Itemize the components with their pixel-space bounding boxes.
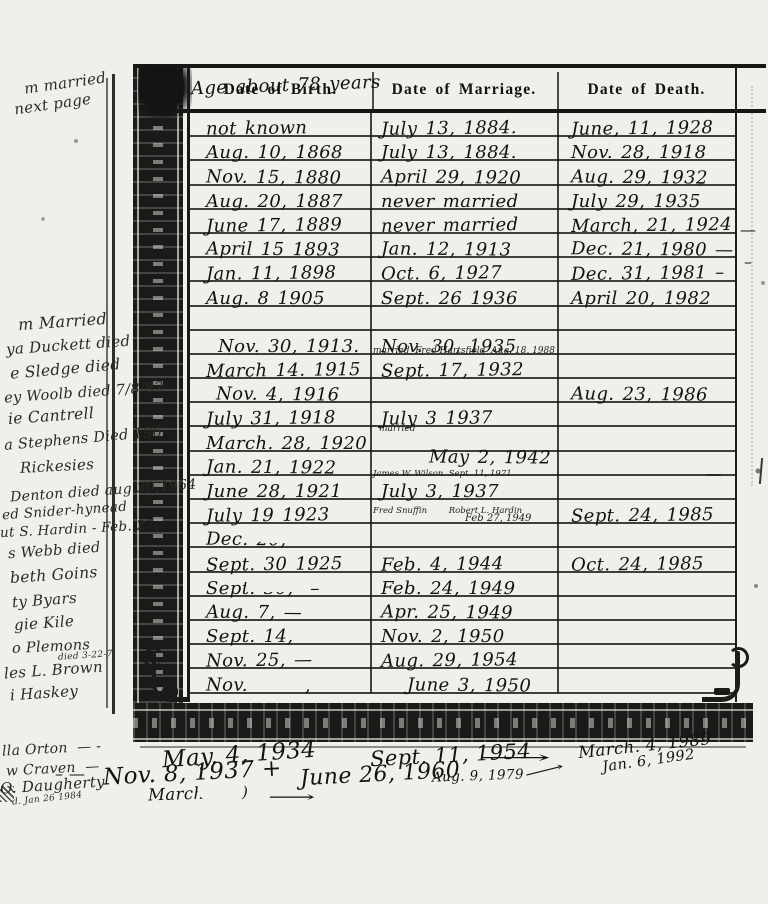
table-row: Nov. 25, — Aug. 29, 1954: [190, 645, 736, 669]
table-row: Aug. 8 1905 Sept. 26 1936 April 20, 1982: [190, 282, 736, 306]
marriage-date: July 13, 1884.: [381, 144, 517, 162]
birth-date: June 28, 1921: [206, 483, 342, 501]
margin-note: ty Byars: [12, 591, 78, 610]
margin-note: gie Kile: [14, 614, 75, 633]
birth-date: Jan. 21, 1922: [206, 458, 336, 477]
birth-date: July 31, 1918: [206, 410, 336, 430]
birth-date: Nov. ,: [206, 676, 311, 695]
marriage-date: Sept. 17, 1932: [381, 361, 524, 381]
table-row: Nov. 15, 1880 April 29, 1920 Aug. 29, 19…: [190, 161, 736, 185]
marriage-date: May 2, 1942: [429, 448, 551, 467]
marriage-date: never married: [381, 193, 519, 211]
birth-date: Sept. 30 1925: [206, 555, 343, 575]
table-row: Nov. , June 3, 1950: [190, 669, 736, 693]
whiteout-erasure: [246, 580, 312, 592]
birth-date: Nov. 30, 1913.: [218, 338, 360, 356]
margin-scribble: [0, 786, 14, 802]
scan-speckles: [0, 0, 2, 2]
marriage-note-below: married: [379, 425, 415, 434]
margin-note-small: died 3-22-7: [58, 650, 113, 663]
stray-dash-mark: —: [706, 464, 722, 483]
birth-date: March 14. 1915: [206, 361, 361, 381]
death-date: June, 11, 1928: [571, 119, 713, 139]
margin-note: Rickesies: [20, 457, 95, 476]
death-date: Aug. 23, 1986: [571, 386, 708, 405]
death-date: Nov. 28, 1918: [571, 144, 706, 162]
ornate-border-left: [133, 64, 183, 742]
table-row: Nov. 4, 1916 Aug. 23, 1986: [190, 379, 736, 403]
marriage-date: July 13, 1884.: [381, 119, 517, 139]
marriage-date: Sept. 26 1936: [381, 290, 518, 308]
birth-date: Aug. 7, —: [206, 604, 302, 623]
scroll-ornament-left: [152, 651, 190, 702]
table-row: June 28, 1921 July 3, 1937: [190, 476, 736, 500]
table-row: not known July 13, 1884. June, 11, 1928: [190, 113, 736, 137]
birth-date: Aug. 10, 1868: [206, 144, 343, 162]
table-row: Jan. 11, 1898 Oct. 6, 1927 Dec. 31, 1981…: [190, 258, 736, 282]
whiteout-erasure: [198, 784, 242, 799]
margin-note: s Webb died: [8, 541, 101, 562]
bottom-note-mid: Aug. 9, 1979: [432, 768, 524, 785]
table-row: March 14. 1915 married Fred Hartsfield A…: [190, 355, 736, 379]
marriage-date: Apr. 25, 1949: [381, 603, 513, 622]
birth-date: March. 28, 1920: [206, 435, 367, 453]
marriage-date: Jan. 12, 1913: [381, 241, 511, 260]
table-row: Aug. 20, 1887 never married July 29, 193…: [190, 186, 736, 210]
birth-date: Nov. 4, 1916: [216, 386, 340, 405]
death-date: Aug. 29, 1932: [571, 168, 708, 187]
birth-date: Jan. 11, 1898: [206, 265, 337, 285]
table-row: July 31, 1918 July 3 1937 married: [190, 403, 736, 427]
page-edge-line: [751, 86, 753, 486]
death-date: Oct. 24, 1985: [571, 555, 704, 575]
marriage-date: July 3, 1937: [381, 483, 499, 501]
marriage-note-below: James W. Wilson Sept. 11, 1971: [373, 470, 512, 479]
marriage-date: Nov. 2, 1950: [381, 628, 505, 646]
stray-dash-mark: —: [740, 220, 756, 239]
margin-note: ie Cantrell: [8, 406, 95, 427]
margin-note: les L. Brown: [4, 660, 104, 682]
birth-date: Aug. 20, 1887: [206, 193, 343, 211]
marriage-note-above: married Fred Hartsfield Aug. 18, 1988: [373, 347, 555, 356]
marriage-date: June 3, 1950: [407, 676, 531, 695]
table-top-rule: [133, 64, 766, 68]
table-row: June 17, 1889 never married March, 21, 1…: [190, 210, 736, 234]
margin-note: lla Orton — -: [2, 739, 102, 758]
marriage-date: Feb. 24, 1949: [381, 580, 515, 598]
birth-date: Sept. 14,: [206, 628, 293, 646]
whiteout-erasure: [258, 530, 346, 543]
death-date: Sept. 24, 1985: [571, 506, 714, 526]
birth-date: Nov. 25, —: [206, 652, 313, 671]
margin-note: e Sledge died: [10, 357, 122, 382]
column-header-death: Date of Death.: [557, 70, 736, 109]
birth-date: April 15 1893: [206, 241, 340, 260]
column-header-marriage: Date of Marriage.: [371, 70, 557, 109]
bottom-note-paren: ): [242, 785, 248, 800]
margin-note: m Married: [18, 311, 108, 333]
scanned-register-page: Date of Birth. Date of Marriage. Date of…: [0, 0, 768, 904]
birth-date: June 17, 1889: [206, 216, 342, 236]
death-date: July 29, 1935: [571, 193, 701, 211]
death-date: Dec. 31, 1981 –: [571, 264, 725, 284]
marriage-date: Aug. 29, 1954: [381, 651, 518, 671]
table-row: [190, 307, 736, 331]
birth-date: Aug. 8 1905: [206, 290, 325, 308]
margin-note: i Haskey: [10, 684, 79, 704]
table-row: Aug. 7, — Apr. 25, 1949: [190, 597, 736, 621]
bottom-note-dashes: – —: [55, 766, 85, 782]
table-row: April 15 1893 Jan. 12, 1913 Dec. 21, 198…: [190, 234, 736, 258]
stray-dash-mark: –: [744, 252, 752, 271]
table-row: Aug. 10, 1868 July 13, 1884. Nov. 28, 19…: [190, 137, 736, 161]
marriage-date: Oct. 6, 1927: [381, 265, 502, 284]
birth-date: Nov. 15, 1880: [206, 168, 342, 187]
margin-note: beth Goins: [10, 565, 99, 587]
marriage-date: never married: [381, 216, 519, 236]
long-arrow-icon: ⟶: [268, 788, 315, 806]
table-row: Sept. 14, Nov. 2, 1950: [190, 621, 736, 645]
marriage-date: Feb. 4, 1944: [381, 555, 504, 574]
birth-date: not known: [206, 120, 308, 139]
table-row: July 19 1923 Fred Snuffin Robert L. Hard…: [190, 500, 736, 524]
death-date: Dec. 21, 1980 —: [571, 240, 734, 259]
marriage-note-below: Feb 27, 1949: [465, 514, 531, 524]
marriage-date: April 29, 1920: [381, 168, 521, 187]
birth-date: July 19 1923: [206, 506, 330, 526]
table-body: not known July 13, 1884. June, 11, 1928 …: [190, 113, 736, 694]
table-row: Sept. 30 1925 Feb. 4, 1944 Oct. 24, 1985: [190, 548, 736, 572]
stray-tick-mark: [759, 458, 763, 484]
death-date: March, 21, 1924: [571, 216, 732, 236]
table-row: Jan. 21, 1922 May 2, 1942 James W. Wilso…: [190, 452, 736, 476]
death-date: April 20, 1982: [571, 290, 711, 308]
